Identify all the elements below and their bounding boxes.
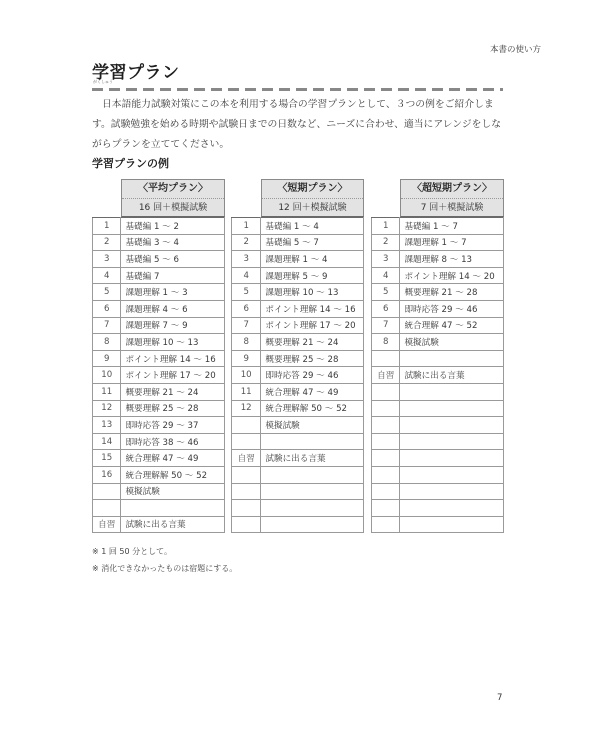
- footnote: ※ 消化できなかったものは宿題にする。: [92, 560, 237, 577]
- session-content: [400, 400, 504, 417]
- plan-name: 〈短期プラン〉: [262, 180, 363, 199]
- table-row: 5概要理解 21 〜 28: [372, 284, 504, 301]
- session-content: 統合理解 47 〜 49: [121, 450, 225, 467]
- table-row: 16統合理解解 50 〜 52: [93, 466, 225, 483]
- session-number: [372, 383, 400, 400]
- session-number: 14: [93, 433, 121, 450]
- session-content: 模擬試験: [261, 417, 364, 434]
- session-number: 12: [93, 400, 121, 417]
- table-row: [93, 500, 225, 517]
- session-content: 統合理解 47 〜 49: [261, 383, 364, 400]
- session-number: 6: [93, 300, 121, 317]
- session-number: [372, 483, 400, 500]
- session-number: 4: [93, 267, 121, 284]
- dashed-divider: [92, 88, 503, 91]
- table-row: [372, 450, 504, 467]
- session-number: 6: [232, 300, 261, 317]
- session-content: 概要理解 21 〜 24: [121, 383, 225, 400]
- table-row: 11概要理解 21 〜 24: [93, 383, 225, 400]
- session-number: [232, 433, 261, 450]
- session-content: [400, 450, 504, 467]
- plan-header: 〈平均プラン〉 16 回＋模擬試験: [121, 179, 225, 217]
- session-content: 試験に出る言葉: [261, 450, 364, 467]
- session-number: 7: [372, 317, 400, 334]
- session-content: 概要理解 21 〜 28: [400, 284, 504, 301]
- table-row: 5課題理解 10 〜 13: [232, 284, 364, 301]
- session-content: 基礎編 5 〜 7: [261, 234, 364, 251]
- session-content: 課題理解 10 〜 13: [121, 334, 225, 351]
- table-row: 1基礎編 1 〜 2: [93, 218, 225, 235]
- table-row: 3課題理解 1 〜 4: [232, 251, 364, 268]
- table-row: 3基礎編 5 〜 6: [93, 251, 225, 268]
- session-content: [400, 500, 504, 517]
- session-content: [261, 516, 364, 533]
- session-number: [372, 516, 400, 533]
- table-row: [232, 433, 364, 450]
- table-row: [372, 500, 504, 517]
- session-number: 6: [372, 300, 400, 317]
- table-row: 10即時応答 29 〜 46: [232, 367, 364, 384]
- plan-table: 1基礎編 1 〜 72課題理解 1 〜 73課題理解 8 〜 134ポイント理解…: [371, 217, 504, 533]
- plan-count: 16 回＋模擬試験: [122, 199, 224, 217]
- table-row: 14即時応答 38 〜 46: [93, 433, 225, 450]
- session-content: 即時応答 29 〜 37: [121, 417, 225, 434]
- table-row: 8概要理解 21 〜 24: [232, 334, 364, 351]
- plan-name: 〈超短期プラン〉: [401, 180, 503, 199]
- session-content: 課題理解 8 〜 13: [400, 251, 504, 268]
- session-content: 基礎編 5 〜 6: [121, 251, 225, 268]
- table-row: [372, 383, 504, 400]
- table-row: 6課題理解 4 〜 6: [93, 300, 225, 317]
- session-number: 3: [93, 251, 121, 268]
- table-row: 6即時応答 29 〜 46: [372, 300, 504, 317]
- session-content: ポイント理解 14 〜 20: [400, 267, 504, 284]
- session-number: 11: [232, 383, 261, 400]
- session-content: 課題理解 4 〜 6: [121, 300, 225, 317]
- plan-header: 〈短期プラン〉 12 回＋模擬試験: [261, 179, 364, 217]
- session-number: 9: [232, 350, 261, 367]
- session-number: [372, 466, 400, 483]
- session-number: [93, 500, 121, 517]
- table-row: 8模擬試験: [372, 334, 504, 351]
- session-content: [400, 516, 504, 533]
- table-row: 5課題理解 1 〜 3: [93, 284, 225, 301]
- session-content: 基礎編 7: [121, 267, 225, 284]
- session-number: [372, 433, 400, 450]
- session-number: 自習: [372, 367, 400, 384]
- table-row: 12統合理解解 50 〜 52: [232, 400, 364, 417]
- plan-table: 1基礎編 1 〜 42基礎編 5 〜 73課題理解 1 〜 44課題理解 5 〜…: [231, 217, 364, 533]
- session-number: [232, 417, 261, 434]
- session-number: 11: [93, 383, 121, 400]
- session-content: [400, 433, 504, 450]
- session-content: [400, 483, 504, 500]
- session-content: [261, 483, 364, 500]
- session-content: 課題理解 1 〜 7: [400, 234, 504, 251]
- table-row: 2基礎編 3 〜 4: [93, 234, 225, 251]
- table-row: 15統合理解 47 〜 49: [93, 450, 225, 467]
- session-content: [261, 466, 364, 483]
- table-row: 2基礎編 5 〜 7: [232, 234, 364, 251]
- table-row: [232, 500, 364, 517]
- table-row: [372, 516, 504, 533]
- table-row: 4課題理解 5 〜 9: [232, 267, 364, 284]
- session-content: 課題理解 10 〜 13: [261, 284, 364, 301]
- session-content: 概要理解 25 〜 28: [261, 350, 364, 367]
- session-content: 概要理解 21 〜 24: [261, 334, 364, 351]
- table-row: 自習試験に出る言葉: [372, 367, 504, 384]
- table-row: 自習試験に出る言葉: [93, 516, 225, 533]
- page-number: 7: [497, 693, 502, 703]
- session-number: 5: [93, 284, 121, 301]
- session-number: 1: [372, 218, 400, 235]
- session-number: [372, 500, 400, 517]
- table-row: [372, 417, 504, 434]
- session-content: 模擬試験: [121, 483, 225, 500]
- intro-text: 日本語能力試験対策にこの本を利用する場合の学習プランとして、３つの例をご紹介しま…: [92, 95, 508, 155]
- table-row: 12概要理解 25 〜 28: [93, 400, 225, 417]
- table-row: [232, 466, 364, 483]
- session-content: 基礎編 3 〜 4: [121, 234, 225, 251]
- session-content: 即時応答 29 〜 46: [261, 367, 364, 384]
- plan-count: 12 回＋模擬試験: [262, 199, 363, 217]
- table-row: 7統合理解 47 〜 52: [372, 317, 504, 334]
- session-content: 課題理解 1 〜 3: [121, 284, 225, 301]
- table-row: 7ポイント理解 17 〜 20: [232, 317, 364, 334]
- session-content: 統合理解解 50 〜 52: [261, 400, 364, 417]
- session-content: 課題理解 1 〜 4: [261, 251, 364, 268]
- session-content: ポイント理解 17 〜 20: [121, 367, 225, 384]
- session-content: [261, 433, 364, 450]
- session-number: 自習: [232, 450, 261, 467]
- table-row: 2課題理解 1 〜 7: [372, 234, 504, 251]
- table-row: 11統合理解 47 〜 49: [232, 383, 364, 400]
- table-row: 模擬試験: [232, 417, 364, 434]
- session-content: 即時応答 38 〜 46: [121, 433, 225, 450]
- session-number: 4: [372, 267, 400, 284]
- session-content: 基礎編 1 〜 2: [121, 218, 225, 235]
- session-content: [400, 466, 504, 483]
- plan-name: 〈平均プラン〉: [122, 180, 224, 199]
- session-number: [93, 483, 121, 500]
- section-subtitle: 学習プランの例: [92, 155, 169, 171]
- session-content: 試験に出る言葉: [121, 516, 225, 533]
- plan-header: 〈超短期プラン〉 7 回＋模擬試験: [400, 179, 504, 217]
- session-number: 2: [93, 234, 121, 251]
- session-content: 統合理解 47 〜 52: [400, 317, 504, 334]
- session-number: 10: [232, 367, 261, 384]
- table-row: 7課題理解 7 〜 9: [93, 317, 225, 334]
- session-content: 課題理解 5 〜 9: [261, 267, 364, 284]
- session-content: 基礎編 1 〜 4: [261, 218, 364, 235]
- session-content: 統合理解解 50 〜 52: [121, 466, 225, 483]
- plan-count: 7 回＋模擬試験: [401, 199, 503, 217]
- table-row: 9概要理解 25 〜 28: [232, 350, 364, 367]
- session-number: 8: [232, 334, 261, 351]
- session-number: [232, 500, 261, 517]
- table-row: [372, 433, 504, 450]
- session-number: [232, 516, 261, 533]
- session-number: 2: [232, 234, 261, 251]
- session-number: 13: [93, 417, 121, 434]
- session-number: 10: [93, 367, 121, 384]
- footnote: ※ 1 回 50 分として。: [92, 543, 237, 560]
- table-row: 4基礎編 7: [93, 267, 225, 284]
- session-number: 1: [232, 218, 261, 235]
- table-row: 10ポイント理解 17 〜 20: [93, 367, 225, 384]
- session-number: 9: [93, 350, 121, 367]
- session-content: [400, 383, 504, 400]
- table-row: [232, 516, 364, 533]
- table-row: [232, 483, 364, 500]
- session-content: 概要理解 25 〜 28: [121, 400, 225, 417]
- footnotes: ※ 1 回 50 分として。 ※ 消化できなかったものは宿題にする。: [92, 543, 237, 577]
- table-row: 13即時応答 29 〜 37: [93, 417, 225, 434]
- table-row: [372, 466, 504, 483]
- session-content: 試験に出る言葉: [400, 367, 504, 384]
- session-number: 12: [232, 400, 261, 417]
- session-content: [261, 500, 364, 517]
- session-content: 課題理解 7 〜 9: [121, 317, 225, 334]
- session-content: ポイント理解 17 〜 20: [261, 317, 364, 334]
- plan-table: 1基礎編 1 〜 22基礎編 3 〜 43基礎編 5 〜 64基礎編 75課題理…: [92, 217, 225, 533]
- table-row: 3課題理解 8 〜 13: [372, 251, 504, 268]
- session-number: [372, 417, 400, 434]
- session-content: ポイント理解 14 〜 16: [261, 300, 364, 317]
- table-row: 4ポイント理解 14 〜 20: [372, 267, 504, 284]
- table-row: 9ポイント理解 14 〜 16: [93, 350, 225, 367]
- title-ruby: がくしゅう: [93, 79, 113, 85]
- table-row: [372, 400, 504, 417]
- session-number: [372, 400, 400, 417]
- table-row: 6ポイント理解 14 〜 16: [232, 300, 364, 317]
- session-number: 4: [232, 267, 261, 284]
- session-number: 8: [372, 334, 400, 351]
- session-content: [400, 417, 504, 434]
- session-content: 基礎編 1 〜 7: [400, 218, 504, 235]
- session-number: 5: [232, 284, 261, 301]
- session-number: [372, 450, 400, 467]
- session-content: ポイント理解 14 〜 16: [121, 350, 225, 367]
- session-number: 3: [232, 251, 261, 268]
- session-number: 7: [93, 317, 121, 334]
- table-row: 1基礎編 1 〜 4: [232, 218, 364, 235]
- session-content: 即時応答 29 〜 46: [400, 300, 504, 317]
- running-head: 本書の使い方: [490, 43, 541, 55]
- table-row: 自習試験に出る言葉: [232, 450, 364, 467]
- session-number: [232, 466, 261, 483]
- table-row: 8課題理解 10 〜 13: [93, 334, 225, 351]
- intro-paragraph: 日本語能力試験対策にこの本を利用する場合の学習プランとして、３つの例をご紹介しま…: [92, 95, 508, 155]
- session-number: 16: [93, 466, 121, 483]
- session-number: 5: [372, 284, 400, 301]
- session-number: 7: [232, 317, 261, 334]
- session-content: 模擬試験: [400, 334, 504, 351]
- session-number: 8: [93, 334, 121, 351]
- session-number: 15: [93, 450, 121, 467]
- table-row: [372, 483, 504, 500]
- session-content: [121, 500, 225, 517]
- table-row: 1基礎編 1 〜 7: [372, 218, 504, 235]
- session-number: 3: [372, 251, 400, 268]
- session-number: 2: [372, 234, 400, 251]
- table-row: [372, 350, 504, 367]
- session-number: 自習: [93, 516, 121, 533]
- session-number: [372, 350, 400, 367]
- session-number: [232, 483, 261, 500]
- session-number: 1: [93, 218, 121, 235]
- session-content: [400, 350, 504, 367]
- table-row: 模擬試験: [93, 483, 225, 500]
